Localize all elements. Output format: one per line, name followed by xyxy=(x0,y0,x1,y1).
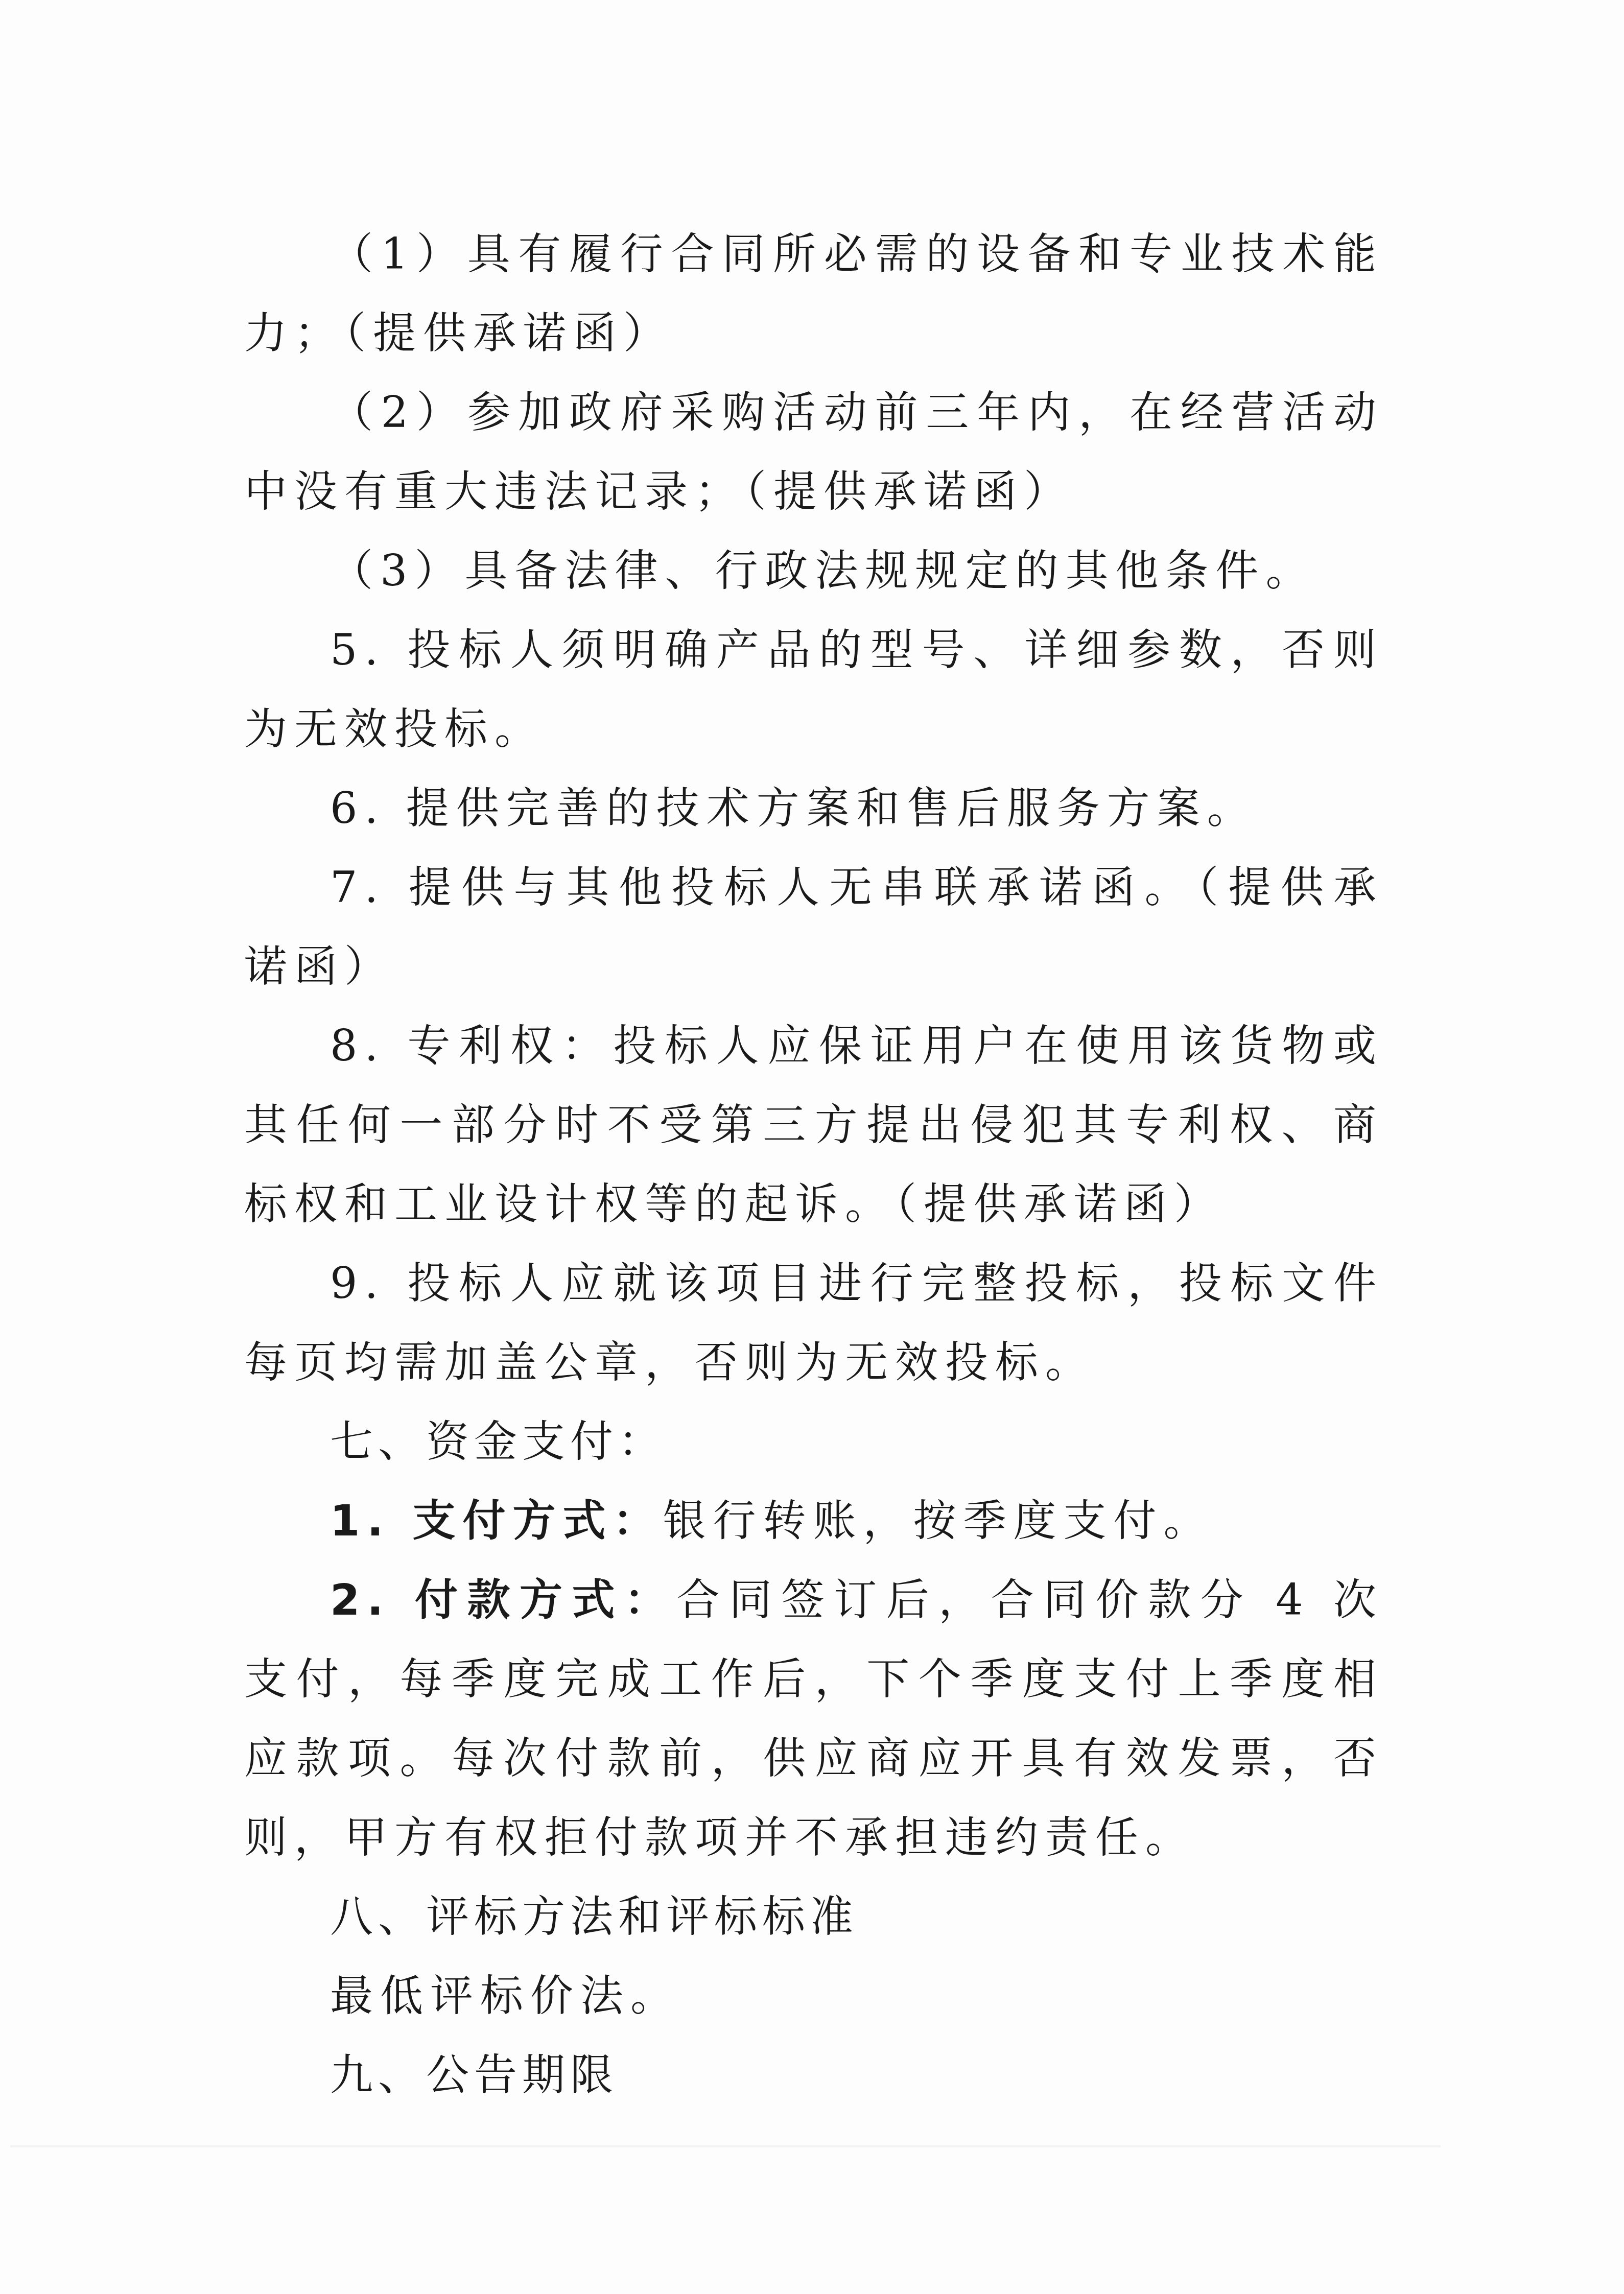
item-5-model-params: 5. 投标人须明确产品的型号、详细参数，否则为无效投标。 xyxy=(244,610,1383,769)
item-6-tech-service-plan: 6. 提供完善的技术方案和售后服务方案。 xyxy=(244,769,1383,848)
payment-method-label: 1. 支付方式： xyxy=(330,1496,663,1546)
document-body: （1）具有履行合同所必需的设备和专业技术能力；（提供承诺函） （2）参加政府采购… xyxy=(244,215,1383,2115)
item-7-no-collusion: 7. 提供与其他投标人无串联承诺函。（提供承诺函） xyxy=(244,848,1383,1006)
item-8-patent-rights: 8. 专利权：投标人应保证用户在使用该货物或其任何一部分时不受第三方提出侵犯其专… xyxy=(244,1006,1383,1244)
requirement-3: （3）具备法律、行政法规规定的其他条件。 xyxy=(244,531,1383,610)
section-8-heading: 八、评标方法和评标标准 xyxy=(244,1877,1383,1956)
payment-terms-label: 2. 付款方式： xyxy=(330,1575,677,1625)
requirement-2: （2）参加政府采购活动前三年内，在经营活动中没有重大违法记录；（提供承诺函） xyxy=(244,373,1383,531)
item-9-complete-bid: 9. 投标人应就该项目进行完整投标，投标文件每页均需加盖公章，否则为无效投标。 xyxy=(244,1244,1383,1402)
section-9-heading: 九、公告期限 xyxy=(244,2036,1383,2115)
evaluation-method: 最低评标价法。 xyxy=(244,1956,1383,2036)
document-page: （1）具有履行合同所必需的设备和专业技术能力；（提供承诺函） （2）参加政府采购… xyxy=(0,0,1624,2294)
requirement-1: （1）具有履行合同所必需的设备和专业技术能力；（提供承诺函） xyxy=(244,215,1383,373)
payment-method: 1. 支付方式：银行转账，按季度支付。 xyxy=(244,1481,1383,1560)
section-7-heading: 七、资金支付： xyxy=(244,1402,1383,1481)
payment-method-text: 银行转账，按季度支付。 xyxy=(663,1496,1214,1546)
scan-artifact xyxy=(10,2145,1441,2147)
payment-terms: 2. 付款方式：合同签订后，合同价款分 4 次支付，每季度完成工作后，下个季度支… xyxy=(244,1560,1383,1877)
